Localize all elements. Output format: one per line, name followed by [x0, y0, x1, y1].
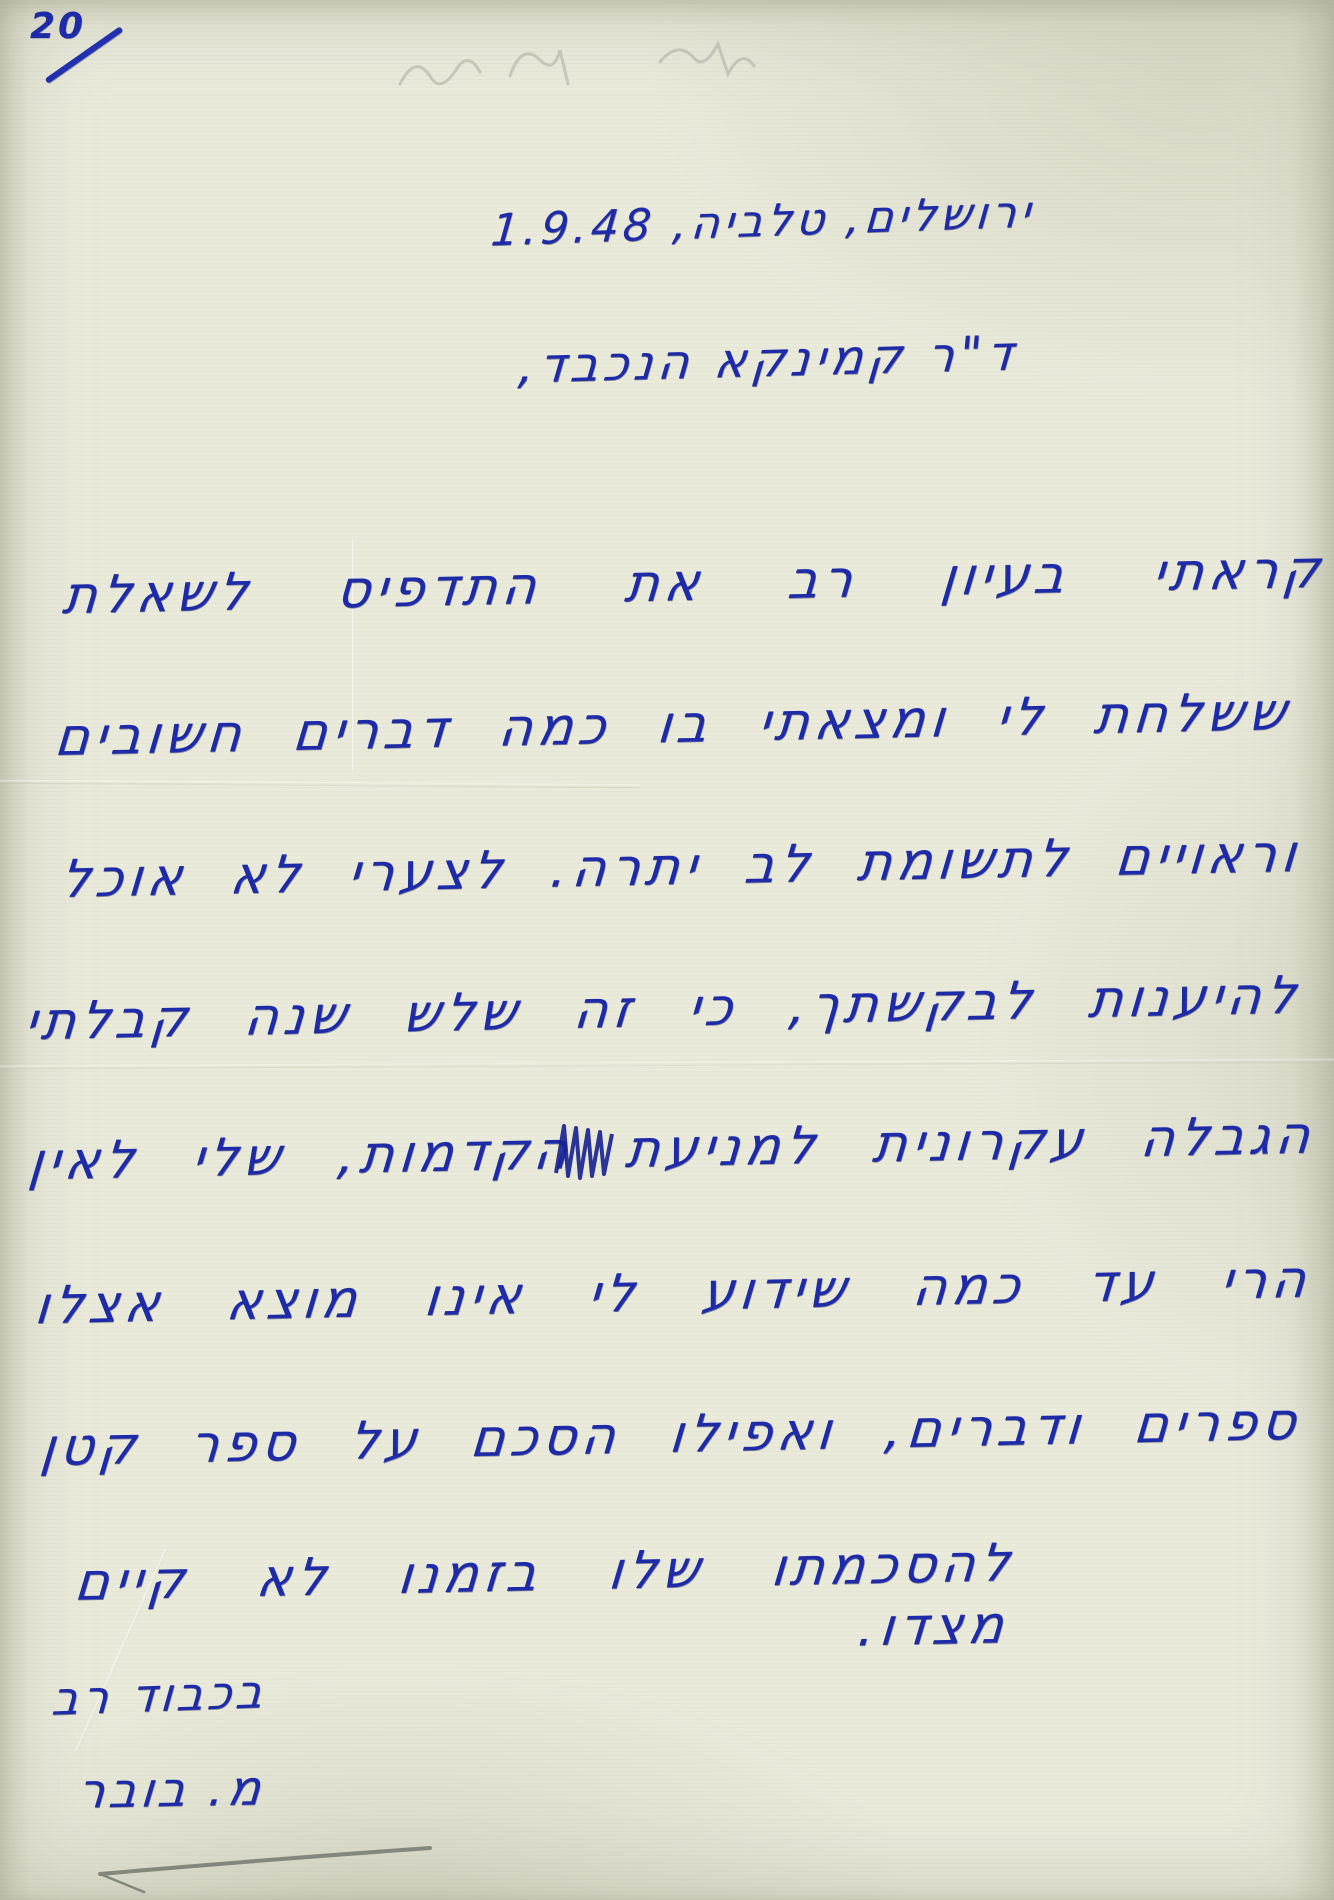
pencil-inscription [360, 14, 820, 124]
dateline: ירושלים, טלביה, 1.9.48 [489, 186, 1036, 256]
letter-body-line-1: קראתי בעיון רב את התדפיס לשאלת [58, 539, 1328, 646]
letter-body-line-2: ששלחת לי ומצאתי בו כמה דברים חשובים [50, 681, 1294, 787]
salutation: ד"ר קמינקא הנכבד, [517, 325, 1021, 394]
letter-body-line-5: הגבלה עקרונית למניעת הקדמות, שלי לאין [24, 1104, 1318, 1211]
letter-body-line-4: להיענות לבקשתך, כי זה שלש שנה קבלתי [20, 965, 1304, 1072]
letter-body-line-6: הרי עד כמה שידוע לי אינו מוצא אצלו [30, 1249, 1314, 1356]
letter-body-line-8: להסכמתו שלו בזמנו לא קיים מצדו. [70, 1532, 1018, 1632]
letter-page: 20 ירושלים, טלביה, 1.9.48 ד"ר קמינקא הנכ… [0, 0, 1334, 1900]
closing-salutation: בכבוד רב [50, 1664, 269, 1726]
corner-number: 20 [30, 6, 86, 47]
letter-body-line-3: וראויים לתשומת לב יתרה. לצערי לא אוכל [56, 823, 1304, 929]
signature: מ. בובר [75, 1760, 268, 1819]
pencil-underline-mark [80, 1830, 440, 1900]
letter-body-line-7: ספרים ודברים, ואפילו הסכם על ספר קטן [36, 1391, 1304, 1498]
